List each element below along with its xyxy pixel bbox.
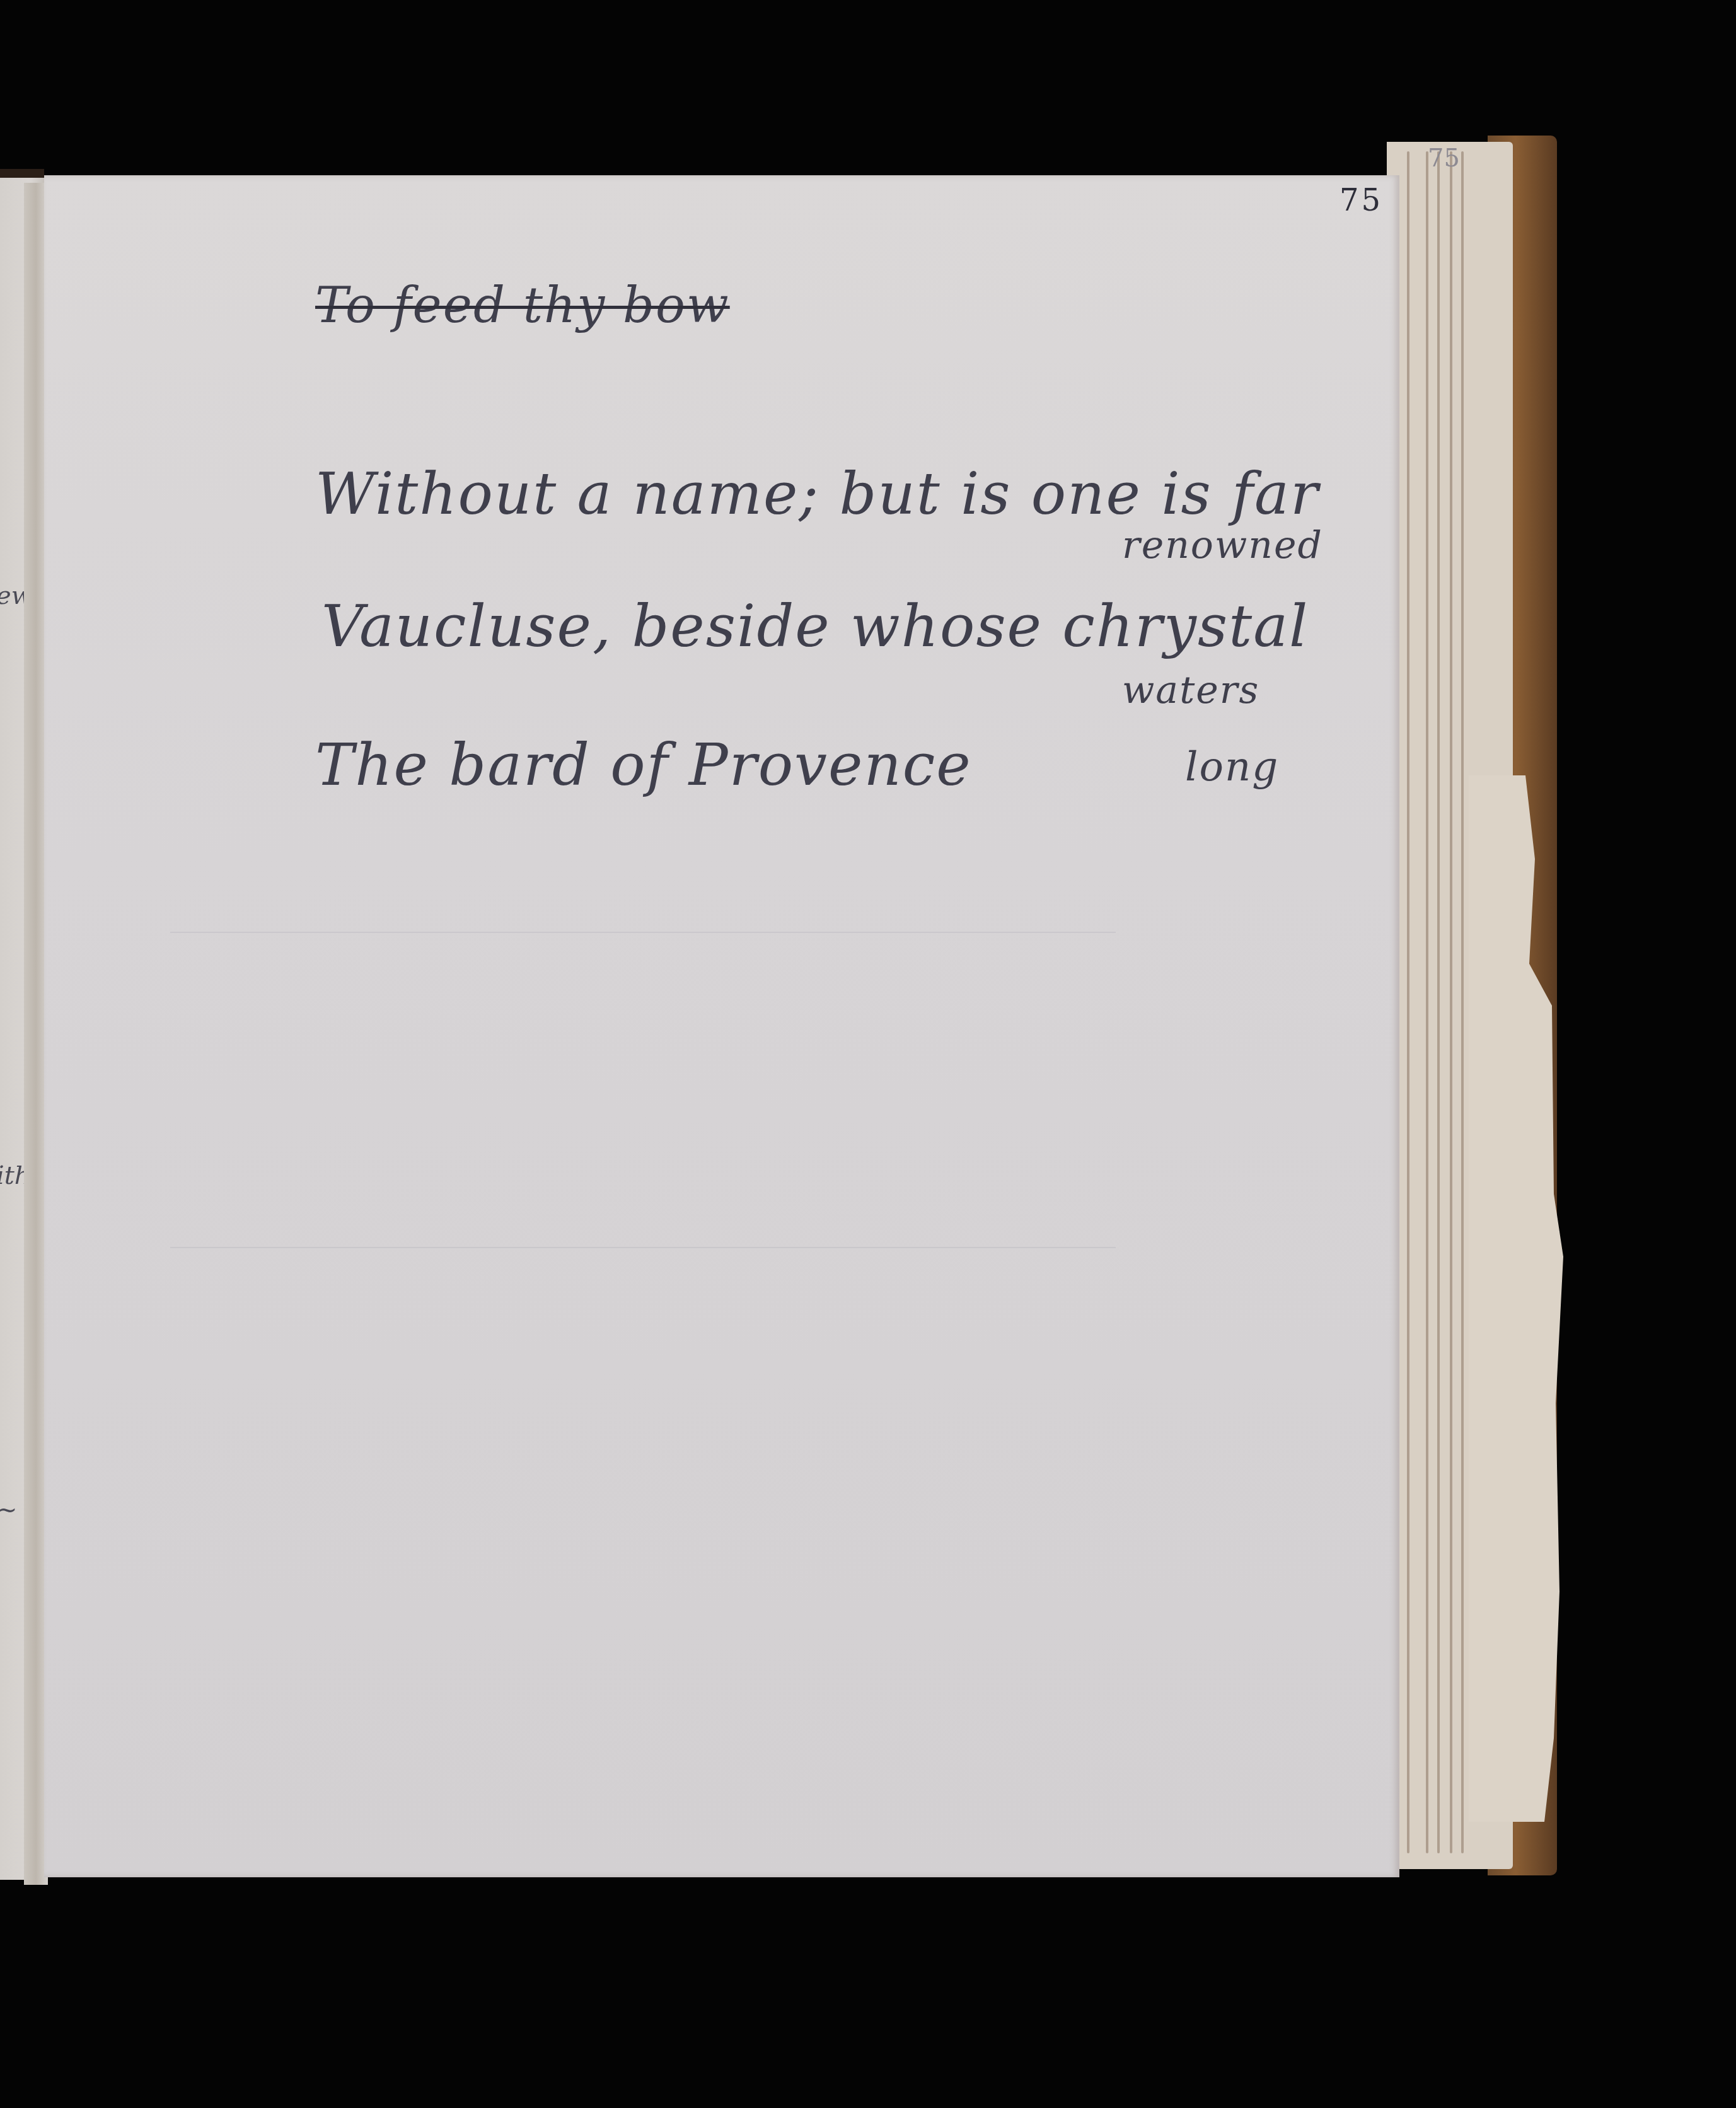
manuscript-line-3: The bard of Provence [315, 731, 972, 799]
page-edge-line [1450, 151, 1452, 1853]
struck-out-line: To feed thy bow [315, 277, 730, 334]
annotation-waters: waters [1122, 668, 1259, 712]
manuscript-line-1: Without a name; but is one is far [315, 460, 1319, 528]
page-edge-line [1426, 151, 1428, 1853]
page-edge-line [1407, 151, 1409, 1853]
faint-ruling [170, 932, 1116, 933]
page-edge-line [1461, 151, 1464, 1853]
notebook-photo: ew ith ~ 75 75 To feed thy bow Without a… [0, 0, 1736, 2108]
annotation-long: long [1185, 744, 1279, 790]
ghost-page-number: 75 [1428, 144, 1460, 173]
page-number: 75 [1340, 183, 1383, 218]
page-edge-line [1437, 151, 1440, 1853]
notebook-page [44, 175, 1399, 1877]
manuscript-line-2: Vaucluse, beside whose chrystal [321, 593, 1309, 660]
annotation-renowned: renowned [1122, 523, 1323, 567]
left-margin-fragment: ~ [0, 1495, 18, 1524]
faint-ruling [170, 1247, 1116, 1248]
